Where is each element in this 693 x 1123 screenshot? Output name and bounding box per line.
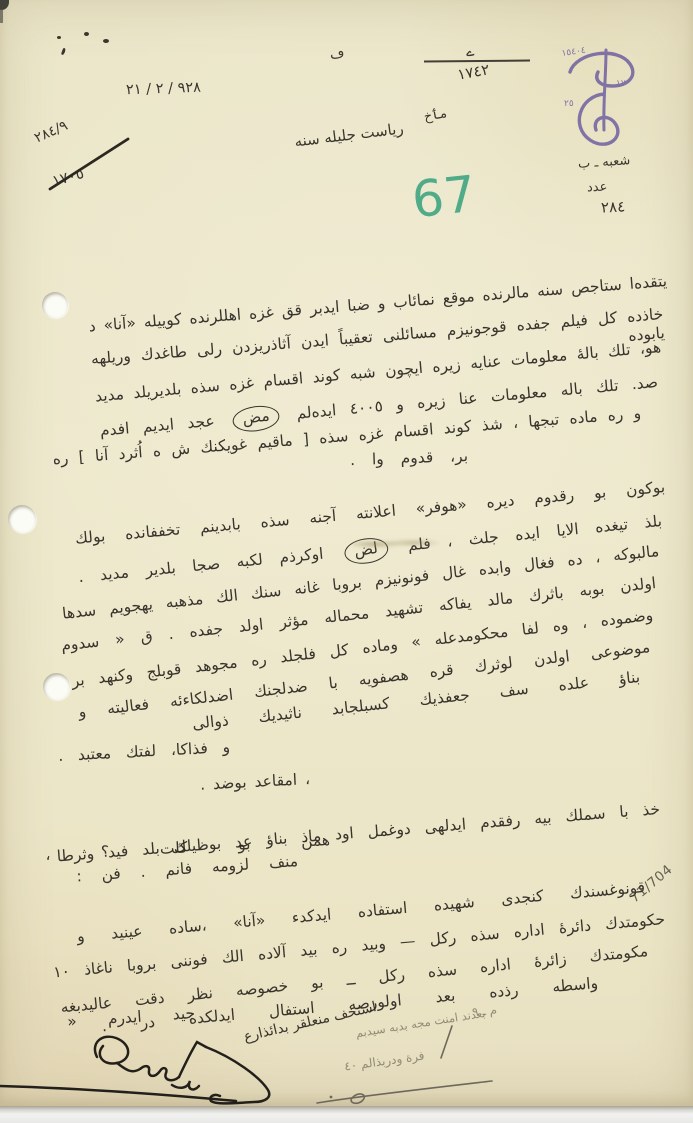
scanner-edge-strip xyxy=(0,1106,693,1123)
ink-speck xyxy=(57,36,61,39)
punch-hole xyxy=(8,505,36,533)
aded-label: عدد xyxy=(586,180,607,197)
official-stamp: ١٥٤٠٤ ١٧ ٢٥ xyxy=(556,42,651,157)
punch-hole xyxy=(42,292,68,318)
paper-sheet: ٩٢٨ / ٢ / ٢١ ٢٨٤/٩ ١٧٠٥ ڡ ے ١٧٤٢ مٲخ ریا… xyxy=(0,0,693,1106)
pencil-note-1b: م ـ ٩ xyxy=(471,1003,497,1020)
pencil-smudge xyxy=(353,537,439,550)
document-scan: ٩٢٨ / ٢ / ٢١ ٢٨٤/٩ ١٧٠٥ ڡ ے ١٧٤٢ مٲخ ریا… xyxy=(0,0,693,1123)
scan-edge-artifact xyxy=(0,9,3,23)
header-mark: ڡ xyxy=(329,45,345,64)
date-annotation: ٩٢٨ / ٢ / ٢١ xyxy=(126,79,202,100)
handwritten-line: ، امقاعد بوضد . xyxy=(200,770,311,795)
pencil-note-2: فرة ودربذالم ٤٠ xyxy=(343,1048,425,1074)
stamp-number-low: ٢٥ xyxy=(564,99,574,109)
aded-number: ٢٨٤ xyxy=(600,197,625,217)
ink-speck xyxy=(103,39,109,43)
addressee-small-note: مٲخ xyxy=(423,106,448,126)
registry-number-top: ٢٨٤/٩ xyxy=(32,118,71,148)
punch-hole xyxy=(43,673,70,700)
handwritten-line: و فذاكا، لفتك معتبد . xyxy=(58,738,231,766)
registry-number-bottom: ١٧٠٥ xyxy=(50,164,86,191)
pencil-dot xyxy=(330,1096,333,1099)
green-crayon-number: 67 xyxy=(409,165,478,229)
addressee-line: ریاست جلیله سنه xyxy=(277,117,420,153)
handwritten-line: بر، قدوم وا . xyxy=(350,447,469,470)
ink-speck xyxy=(61,48,66,56)
ink-speck xyxy=(84,32,89,36)
stamp-number-mid: ١٧ xyxy=(616,79,626,89)
circled-word: مض xyxy=(231,403,281,435)
fraction-top-mark: ے xyxy=(465,44,476,62)
